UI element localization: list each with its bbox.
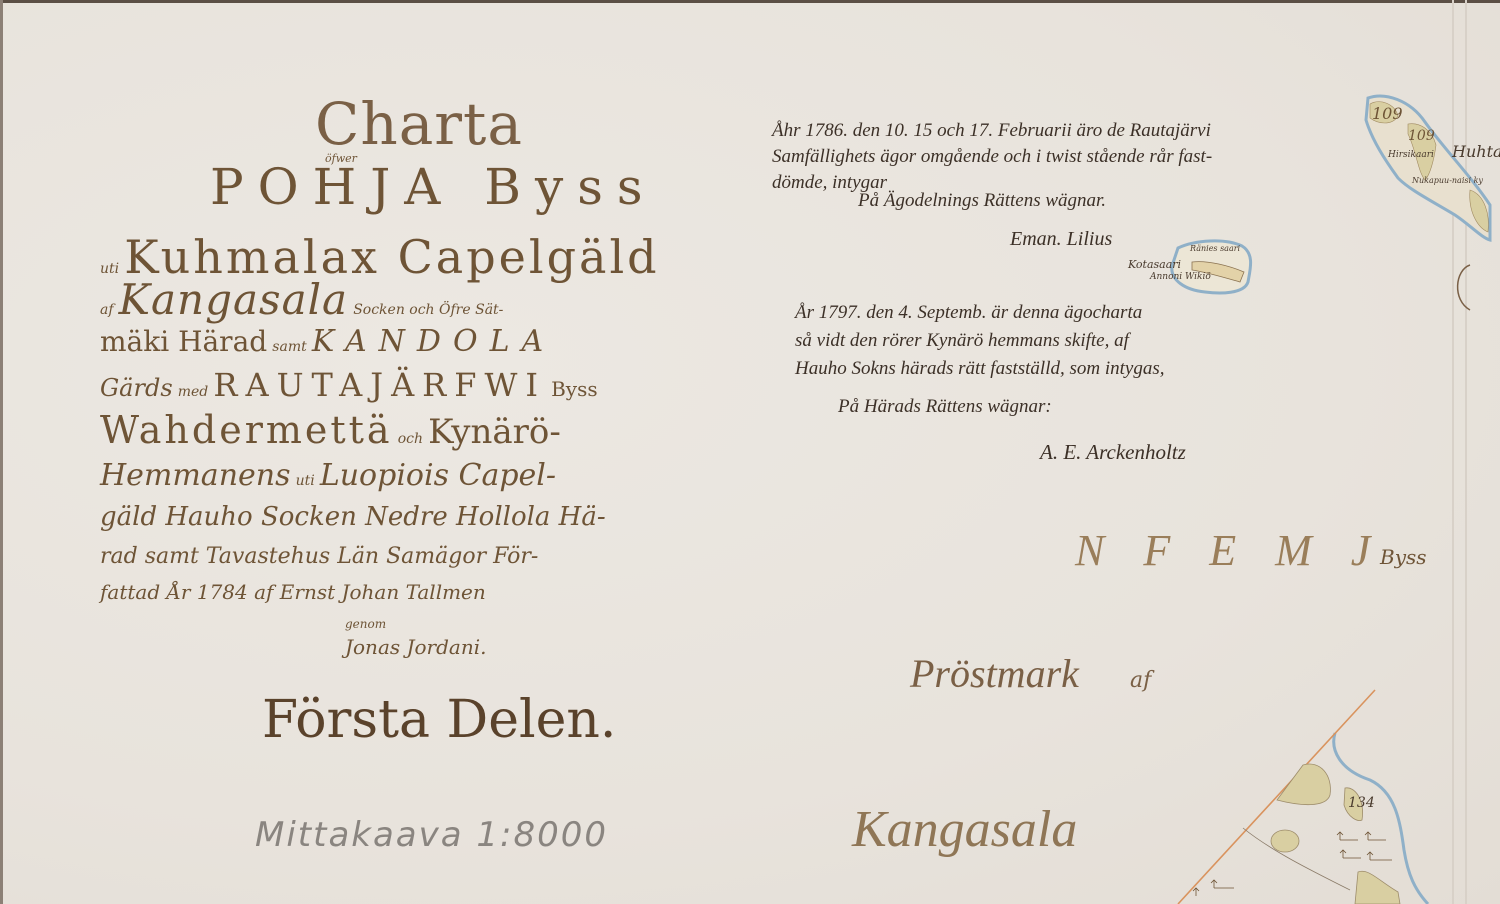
label-island-small-sub: Annoni Wikiö — [1150, 272, 1211, 282]
signature-arckenholtz: A. E. Arckenholtz — [1040, 440, 1186, 465]
label-hirsikaari: Hirsikaari — [1388, 150, 1434, 160]
title-line-7: Wahdermettä och Kynärö- — [100, 408, 561, 452]
title-line-4: af Kangasala Socken och Öfre Sät- — [100, 275, 503, 324]
scale-note: Mittakaava 1:8000 — [255, 815, 608, 855]
river — [1334, 733, 1428, 904]
surveyor-signature: Jonas Jordani. — [345, 635, 486, 659]
label-nfemj: N F E M J — [1075, 525, 1384, 576]
title-line-6: Gärds med RAUTAJÄRFWI Byss — [100, 366, 598, 404]
label-island-large-sub: Nukapuu-naisi ky — [1412, 176, 1483, 185]
label-parcel-134: 134 — [1348, 795, 1375, 811]
label-parcel-109b: 109 — [1408, 128, 1435, 144]
label-kotasaari: Kotasaari — [1128, 258, 1181, 271]
map-drawing — [0, 0, 1500, 904]
title-pohja-byss: POHJA Byss — [210, 158, 657, 216]
label-byss: Byss — [1380, 545, 1427, 569]
map-sheet: Charta öfwer POHJA Byss uti Kuhmalax Cap… — [0, 0, 1500, 904]
label-prostmark-af: af — [1130, 668, 1151, 693]
title-charta: Charta — [315, 90, 523, 158]
title-line-8: Hemmanens uti Luopiois Capel- — [100, 458, 556, 493]
label-kangasala: Kangasala — [852, 800, 1077, 859]
signature-lilius: Eman. Lilius — [1010, 228, 1112, 251]
part-label: Första Delen. — [262, 690, 616, 750]
label-prostmark: Pröstmark — [910, 650, 1079, 697]
title-line-11: fattad År 1784 af Ernst Johan Tallmen — [100, 580, 486, 604]
title-line-9: gäld Hauho Socken Nedre Hollola Hä- — [100, 502, 606, 532]
title-line-5: mäki Härad samt KANDOLA — [100, 324, 555, 359]
label-island-small-top: Ränies saari — [1190, 244, 1240, 253]
label-huhta: Huhta — [1452, 142, 1500, 161]
title-line-10: rad samt Tavastehus Län Samägor För- — [100, 544, 538, 569]
label-parcel-109a: 109 — [1372, 104, 1403, 123]
title-line-genom: genom — [345, 617, 386, 631]
